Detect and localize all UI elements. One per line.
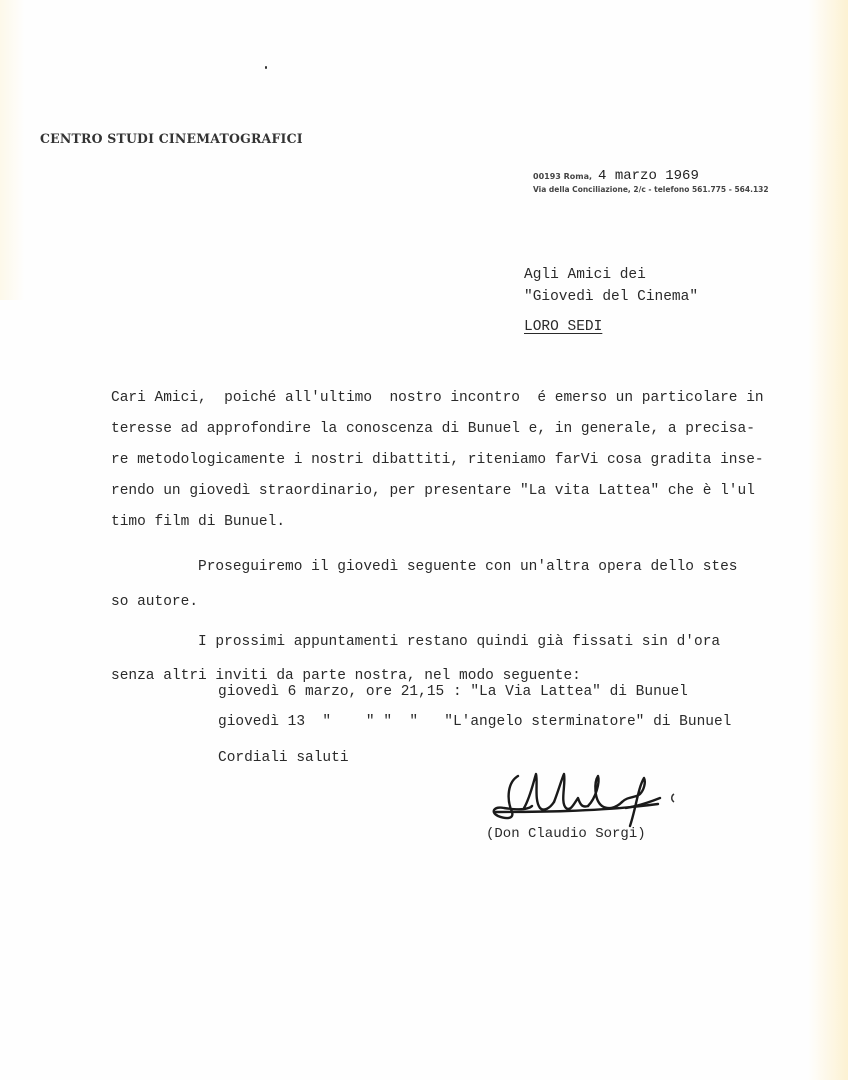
paragraph-2: Proseguiremo il giovedì seguente con un'… (111, 547, 791, 627)
signer-name: (Don Claudio Sorgi) (486, 826, 646, 842)
recipient-block: Agli Amici dei "Giovedì del Cinema" LORO… (524, 264, 698, 338)
schedule-item: giovedì 6 marzo, ore 21,15 : "La Via Lat… (218, 677, 731, 707)
recipient-line: "Giovedì del Cinema" (524, 286, 698, 308)
place: 00193 Roma, (533, 172, 592, 181)
body-line: Proseguiremo il giovedì seguente con un'… (111, 547, 791, 587)
schedule-list: giovedì 6 marzo, ore 21,15 : "La Via Lat… (218, 677, 731, 737)
body-line: teresse ad approfondire la conoscenza di… (111, 414, 791, 445)
recipient-loro-sedi: LORO SEDI (524, 316, 698, 338)
letter-date: 4 marzo 1969 (598, 168, 699, 184)
body-line: Cari Amici, poiché all'ultimo nostro inc… (111, 383, 791, 414)
date-block: 00193 Roma,4 marzo 1969 Via della Concil… (533, 166, 769, 194)
paper-edge-tint (808, 0, 848, 1080)
recipient-line: Agli Amici dei (524, 264, 698, 286)
body-line: so autore. (111, 587, 791, 627)
letter-body: Cari Amici, poiché all'ultimo nostro inc… (111, 383, 791, 692)
paragraph-1: Cari Amici, poiché all'ultimo nostro inc… (111, 383, 791, 547)
schedule-item: giovedì 13 " " " " "L'angelo sterminator… (218, 707, 731, 737)
sender-address: Via della Conciliazione, 2/c - telefono … (533, 185, 769, 194)
paper-speck (265, 66, 267, 69)
handwritten-signature (488, 768, 688, 828)
letterhead-organization: CENTRO STUDI CINEMATOGRAFICI (40, 131, 303, 147)
body-line: rendo un giovedì straordinario, per pres… (111, 476, 791, 507)
body-line: I prossimi appuntamenti restano quindi g… (111, 627, 791, 661)
paper-edge-tint-left (0, 0, 25, 300)
body-line: timo film di Bunuel. (111, 507, 791, 547)
closing-greeting: Cordiali saluti (218, 750, 349, 766)
body-line: re metodologicamente i nostri dibattiti,… (111, 445, 791, 476)
